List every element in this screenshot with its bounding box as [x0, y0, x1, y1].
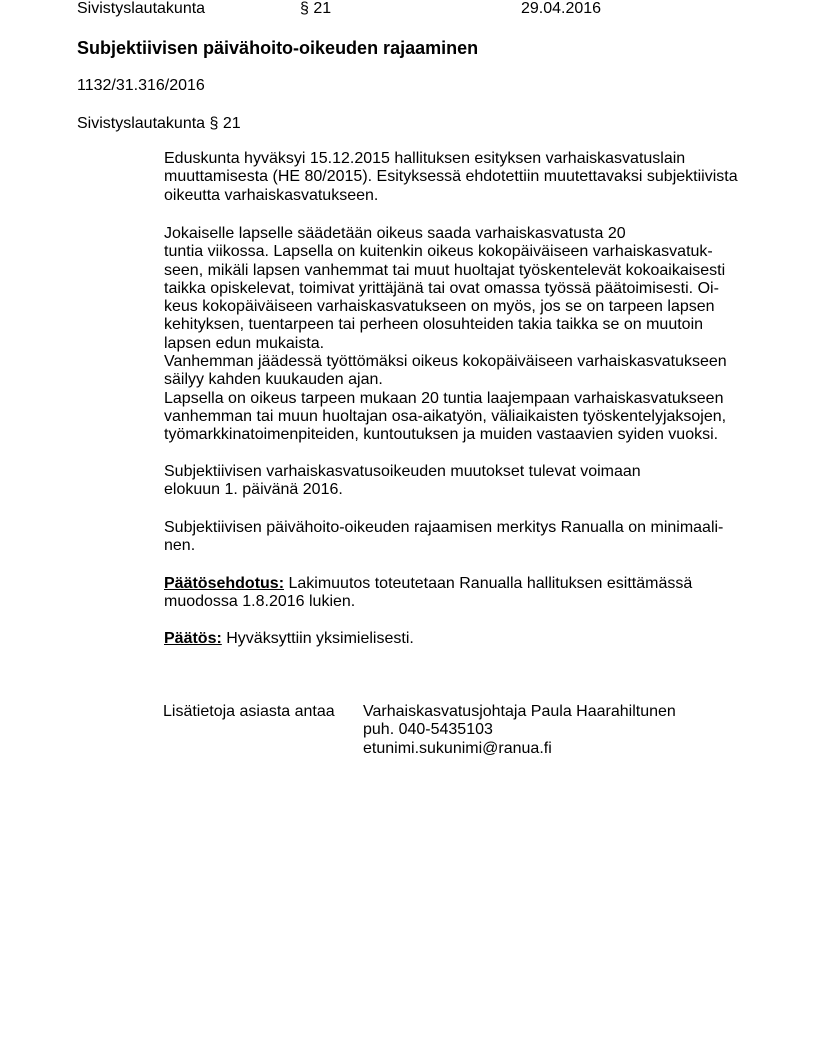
paragraph-rights: Jokaiselle lapselle säädetään oikeus saa… [164, 225, 744, 445]
proposal-label: Päätösehdotus: [164, 575, 284, 592]
header-date: 29.04.2016 [521, 0, 601, 18]
decision-label: Päätös: [164, 630, 222, 647]
header-committee: Sivistyslautakunta [77, 0, 205, 18]
section-reference: Sivistyslautakunta § 21 [77, 115, 241, 133]
paragraph-background: Eduskunta hyväksyi 15.12.2015 hallitukse… [164, 150, 744, 205]
decision-text: Hyväksyttiin yksimielisesti. [222, 630, 414, 647]
paragraph-significance: Subjektiivisen päivähoito-oikeuden rajaa… [164, 519, 744, 556]
header-section: § 21 [300, 0, 331, 18]
proposal-paragraph: Päätösehdotus: Lakimuutos toteutetaan Ra… [164, 575, 744, 612]
paragraph-effective-date: Subjektiivisen varhaiskasvatusoikeuden m… [164, 463, 744, 500]
decision-paragraph: Päätös: Hyväksyttiin yksimielisesti. [164, 630, 744, 648]
document-title: Subjektiivisen päivähoito-oikeuden rajaa… [77, 38, 478, 58]
contact-phone: puh. 040-5435103 [363, 721, 676, 739]
contact-info: Varhaiskasvatusjohtaja Paula Haarahiltun… [363, 703, 676, 758]
contact-email: etunimi.sukunimi@ranua.fi [363, 740, 676, 758]
document-number: 1132/31.316/2016 [77, 77, 205, 95]
contact-name: Varhaiskasvatusjohtaja Paula Haarahiltun… [363, 703, 676, 721]
contact-label: Lisätietoja asiasta antaa [163, 703, 335, 721]
